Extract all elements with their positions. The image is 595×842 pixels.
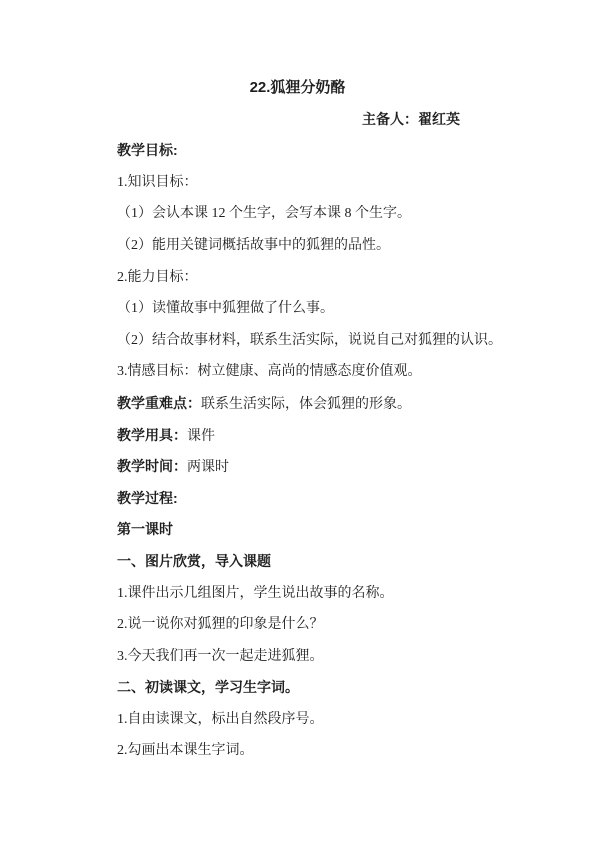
heading-section-two: 二、初读课文，学习生字词。: [117, 672, 530, 704]
line-sec1-step-2: 2.说一说你对狐狸的印象是什么？: [117, 609, 530, 641]
line-knowledge-goal-1: （1）会认本课 12 个生字，会写本课 8 个生字。: [117, 198, 530, 230]
line-key-difficulties: 教学重难点：联系生活实际，体会狐狸的形象。: [117, 388, 530, 420]
text-run: 课件: [187, 429, 215, 444]
text-run: （2）能用关键词概括故事中的狐狸的品性。: [117, 238, 390, 253]
text-run: （1）会认本课 12 个生字，会写本课 8 个生字。: [117, 206, 411, 221]
text-run: （1）读懂故事中狐狸做了什么事。: [117, 301, 334, 316]
text-run: 教学重难点：: [117, 395, 201, 411]
text-run: 3.情感目标：树立健康、高尚的情感态度价值观。: [117, 364, 422, 379]
text-run: 1.课件出示几组图片，学生说出故事的名称。: [117, 586, 394, 601]
heading-first-period: 第一课时: [117, 514, 530, 546]
line-teaching-time: 教学时间：两课时: [117, 451, 530, 483]
text-run: 教学用具：: [117, 427, 187, 443]
line-ability-goal-1: （1）读懂故事中狐狸做了什么事。: [117, 293, 530, 325]
heading-section-one: 一、图片欣赏，导入课题: [117, 546, 530, 578]
heading-teaching-process: 教学过程:: [117, 483, 530, 515]
text-run: 联系生活实际，体会狐狸的形象。: [201, 397, 411, 412]
line-knowledge-goal: 1.知识目标：: [117, 167, 530, 199]
text-run: 教学过程:: [117, 490, 178, 506]
text-run: 教学目标:: [117, 142, 178, 158]
text-run: 22.狐狸分奶酪: [250, 79, 346, 96]
text-run: 2.能力目标：: [117, 270, 198, 285]
text-run: 2.勾画出本课生字词。: [117, 743, 254, 758]
prepared-by-line: 主备人：翟红英: [117, 104, 530, 136]
document-page: 22.狐狸分奶酪主备人：翟红英教学目标:1.知识目标：（1）会认本课 12 个生…: [0, 0, 595, 842]
doc-title: 22.狐狸分奶酪: [0, 72, 595, 104]
line-sec1-step-1: 1.课件出示几组图片，学生说出故事的名称。: [117, 578, 530, 610]
text-run: 二、初读课文，学习生字词。: [117, 679, 299, 695]
text-run: 1.知识目标：: [117, 175, 198, 190]
text-run: （2）结合故事材料，联系生活实际，说说自己对狐狸的认识。: [117, 333, 502, 348]
text-run: 主备人：翟红英: [362, 111, 460, 127]
line-ability-goal: 2.能力目标：: [117, 262, 530, 294]
text-run: 教学时间：: [117, 458, 187, 474]
heading-teaching-goals: 教学目标:: [117, 135, 530, 167]
text-run: 一、图片欣赏，导入课题: [117, 553, 271, 569]
line-sec2-step-1: 1.自由读课文，标出自然段序号。: [117, 704, 530, 736]
line-knowledge-goal-2: （2）能用关键词概括故事中的狐狸的品性。: [117, 230, 530, 262]
line-sec2-step-2: 2.勾画出本课生字词。: [117, 735, 530, 767]
text-run: 3.今天我们再一次一起走进狐狸。: [117, 649, 324, 664]
line-teaching-aids: 教学用具：课件: [117, 420, 530, 452]
text-run: 第一课时: [117, 521, 173, 537]
line-ability-goal-2: （2）结合故事材料，联系生活实际，说说自己对狐狸的认识。: [117, 325, 530, 357]
text-run: 1.自由读课文，标出自然段序号。: [117, 712, 324, 727]
text-run: 2.说一说你对狐狸的印象是什么？: [117, 617, 324, 632]
line-emotion-goal: 3.情感目标：树立健康、高尚的情感态度价值观。: [117, 356, 530, 388]
line-sec1-step-3: 3.今天我们再一次一起走进狐狸。: [117, 641, 530, 673]
text-run: 两课时: [187, 460, 229, 475]
